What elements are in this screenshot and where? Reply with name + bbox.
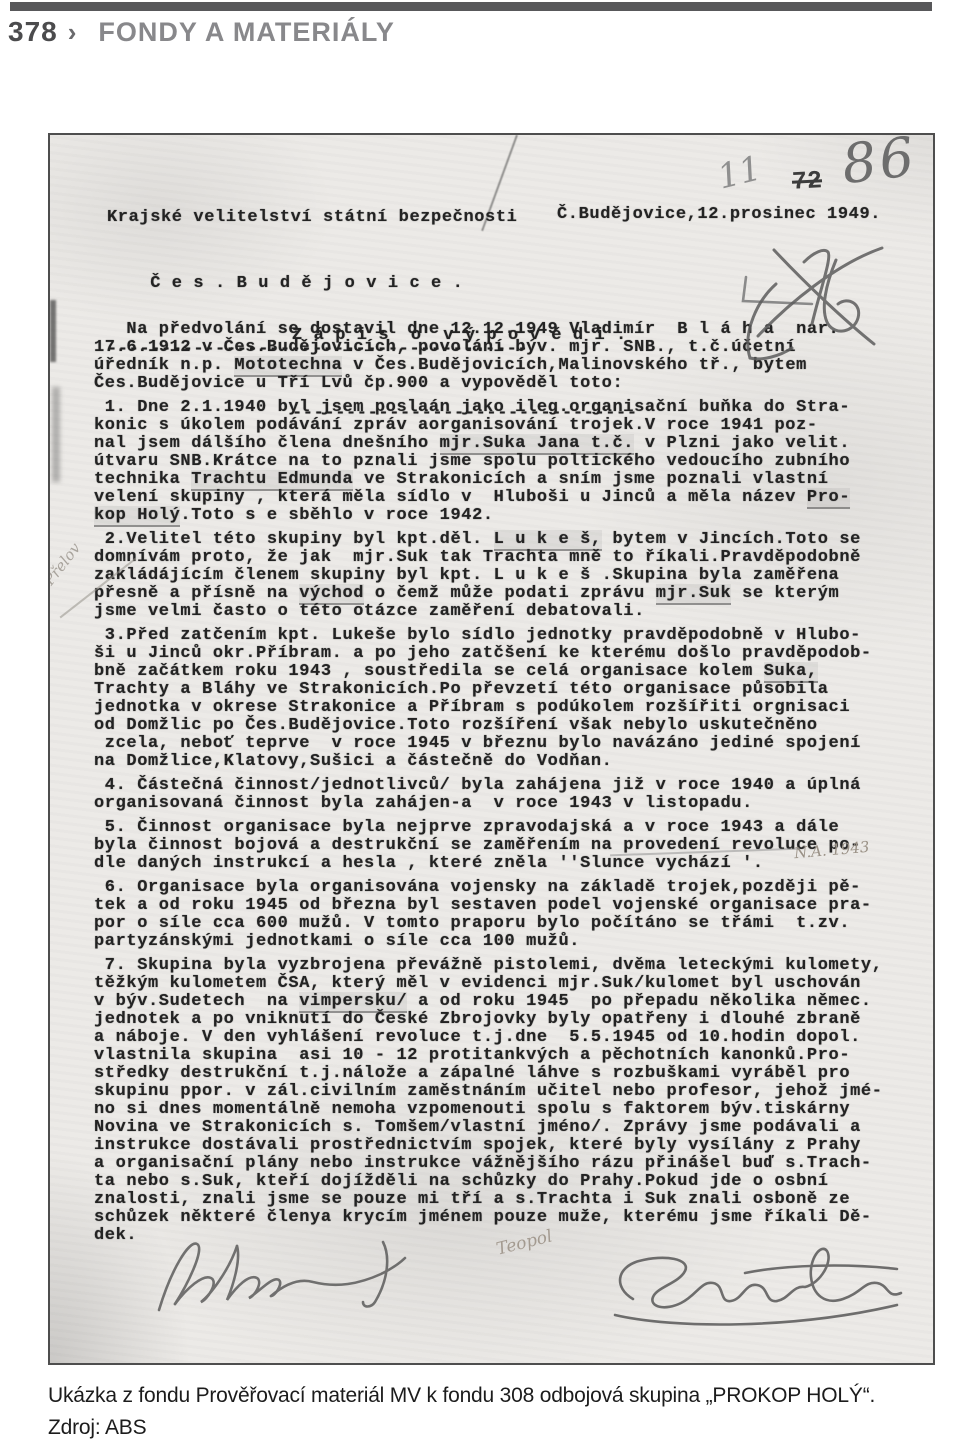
paragraph: 6. Organisace byla organisována vojensky…	[94, 879, 918, 951]
page-number: 378	[8, 16, 58, 48]
page-header: 378 › FONDY A MATERIÁLY	[8, 16, 395, 48]
text-line: ta nebo s.Suk, kteří dojížděli na schůzk…	[94, 1173, 918, 1191]
text-line: konic s úkolem podávání zpráv aorganisov…	[94, 417, 918, 435]
text-line: 7. Skupina byla vyzbrojena převážně pist…	[94, 957, 918, 975]
book-page: { "page": { "number": "378", "chevron": …	[0, 0, 960, 1442]
paragraph: 4. Částečná činnost/jednotlivců/ byla za…	[94, 777, 918, 813]
paragraph: 2.Velitel této skupiny byl kpt.děl. L u …	[94, 531, 918, 621]
text-line: 2.Velitel této skupiny byl kpt.děl. L u …	[94, 531, 918, 549]
text-line: jednotka v okrese Strakonice a Příbram s…	[94, 699, 918, 717]
text-line: technika Trachtu Edmunda ve Strakonicích…	[94, 471, 918, 489]
text-line: por o síle cca 600 mužů. V tomto praporu…	[94, 915, 918, 933]
paragraph: 1. Dne 2.1.1940 byl jsem poslaán jako il…	[94, 399, 918, 525]
header-rule-bar	[10, 2, 932, 11]
text-line: ši u Jinců okr.Příbram. a po jeho zatčše…	[94, 645, 918, 663]
text-line: instrukce dostávali prostřednictvím spoj…	[94, 1137, 918, 1155]
text-line: přesně a přísně na východ o čemž může po…	[94, 585, 918, 603]
text-segment: velení skupiny , která měla sídlo v Hlub…	[94, 488, 807, 507]
text-line: od Domžlic po Čes.Budějovice.Toto rozšíř…	[94, 717, 918, 735]
text-line: organisovaná činnost byla zahájen-a v ro…	[94, 795, 918, 813]
text-line: zcela, neboť teprve v roce 1945 v březnu…	[94, 735, 918, 753]
text-line: no si dnes momentálně nemoha vzpomenouti…	[94, 1101, 918, 1119]
text-line: jednotek a po vniknutí do České Zbrojovk…	[94, 1011, 918, 1029]
signature-left	[145, 1230, 425, 1325]
text-line: skupinu ppor. v zál.civilním zaměstnáním…	[94, 1083, 918, 1101]
text-line: útvaru SNB.Krátce na to pznali jsme spol…	[94, 453, 918, 471]
text-line: Novina ve Strakonicích s. Tomšem/vlastní…	[94, 1119, 918, 1137]
text-line: schůzek některé členya krycím jménem pou…	[94, 1209, 918, 1227]
scan-edge-smudge	[52, 387, 60, 482]
text-segment: o čemž může podati zprávu	[364, 584, 656, 603]
text-line: domnívám proto, že jak mjr.Suk tak Trach…	[94, 549, 918, 567]
text-line: v býv.Sudetech na vimpersku/ a od roku 1…	[94, 993, 918, 1011]
text-line: 6. Organisace byla organisována vojensky…	[94, 879, 918, 897]
text-line: partyzánskými jednotkami o síle cca 100 …	[94, 933, 918, 951]
text-line: nal jsem dálšího člena dnešního mjr.Suka…	[94, 435, 918, 453]
text-line: kop Holý.Toto s e sběhlo v roce 1942.	[94, 507, 918, 525]
paragraph: 3.Před zatčením kpt. Lukeše bylo sídlo j…	[94, 627, 918, 771]
text-line: Trachty a Bláhy ve Strakonicích.Po převz…	[94, 681, 918, 699]
text-line: velení skupiny , která měla sídlo v Hlub…	[94, 489, 918, 507]
figure-caption: Ukázka z fondu Prověřovací materiál MV k…	[48, 1384, 875, 1408]
text-segment: nal jsem dálšího člena dnešního	[94, 434, 440, 453]
text-line: vlastnila skupina asi 10 - 12 protitankv…	[94, 1047, 918, 1065]
text-line: znalosti, znali jsme se pouze mi tří a s…	[94, 1191, 918, 1209]
text-segment: technika	[94, 470, 191, 489]
document-body: Na předvolání se dostavil dne 12.12.1949…	[94, 321, 918, 1245]
text-line: a náboje. V den vyhlášení revoluce t.j.d…	[94, 1029, 918, 1047]
text-line: středky destrukční t.j.nálože a zápalné …	[94, 1065, 918, 1083]
source-caption: Zdroj: ABS	[48, 1416, 146, 1440]
text-line: a organisační plány nebo instrukce vážně…	[94, 1155, 918, 1173]
scan-edge-smudge	[50, 300, 56, 362]
text-line: 3.Před zatčením kpt. Lukeše bylo sídlo j…	[94, 627, 918, 645]
signature-right	[595, 1243, 915, 1333]
underlined-text: Pro-	[807, 488, 850, 509]
text-segment: úředník n.p.	[94, 356, 234, 375]
section-title: FONDY A MATERIÁLY	[98, 17, 395, 48]
dateline: Č.Budějovice,12.prosinec 1949.	[557, 205, 881, 224]
text-segment: v Plzni jako velit.	[634, 434, 850, 453]
paragraph: 7. Skupina byla vyzbrojena převážně pist…	[94, 957, 918, 1245]
text-segment: v Čes.Budějovicích,Malinovského tř., byt…	[342, 356, 806, 375]
text-segment: v býv.Sudetech na	[94, 992, 299, 1011]
text-line: jsme velmi často o této otázce zaměření …	[94, 603, 918, 621]
text-segment: .Toto s e sběhlo v roce 1942.	[180, 506, 493, 525]
letterhead-line1: Krajské velitelství státní bezpečnosti	[107, 207, 528, 229]
margin-pencil-note: Přelov	[48, 539, 84, 588]
text-line: Čes.Budějovice u Tří Lvů čp.900 a vypově…	[94, 375, 918, 393]
chevron-icon: ›	[68, 17, 77, 48]
text-segment: bně začátkem roku 1943 , soustředila se …	[94, 662, 764, 681]
text-line: zakládájícím členem skupiny byl kpt. L u…	[94, 567, 918, 585]
text-line: na Domžlice,Klatovy,Sušici a částečně do…	[94, 753, 918, 771]
text-line: 4. Částečná činnost/jednotlivců/ byla za…	[94, 777, 918, 795]
text-segment: bytem v Jincích.Toto se	[602, 530, 861, 549]
text-segment: přesně a přísně na	[94, 584, 299, 603]
text-line: bně začátkem roku 1943 , soustředila se …	[94, 663, 918, 681]
handwritten-page-number: 86	[838, 133, 920, 196]
text-line: těžkým kulometem ČSA, který měl v eviden…	[94, 975, 918, 993]
text-segment: se kterým	[731, 584, 839, 603]
text-line: 5. Činnost organisace byla nejprve zprav…	[94, 819, 918, 837]
pencil-number-annotation: 11	[714, 148, 766, 197]
crossed-out-number: 72	[791, 166, 822, 197]
text-segment: ve Strakonicích a sním jsme poznali vlas…	[353, 470, 828, 489]
text-line: 1. Dne 2.1.1940 byl jsem poslaán jako il…	[94, 399, 918, 417]
crossed-scribble-annotation	[740, 240, 900, 365]
document-scan: Krajské velitelství státní bezpečnosti Č…	[48, 133, 935, 1365]
underlined-text: kop Holý	[94, 506, 180, 527]
text-segment: 2.Velitel této skupiny byl kpt.děl.	[94, 530, 494, 549]
text-segment: a od roku 1945 po přepadu několika němec…	[407, 992, 871, 1011]
text-line: tek a od roku 1945 od března byl sestave…	[94, 897, 918, 915]
underlined-text: mjr.Suk	[656, 584, 732, 605]
